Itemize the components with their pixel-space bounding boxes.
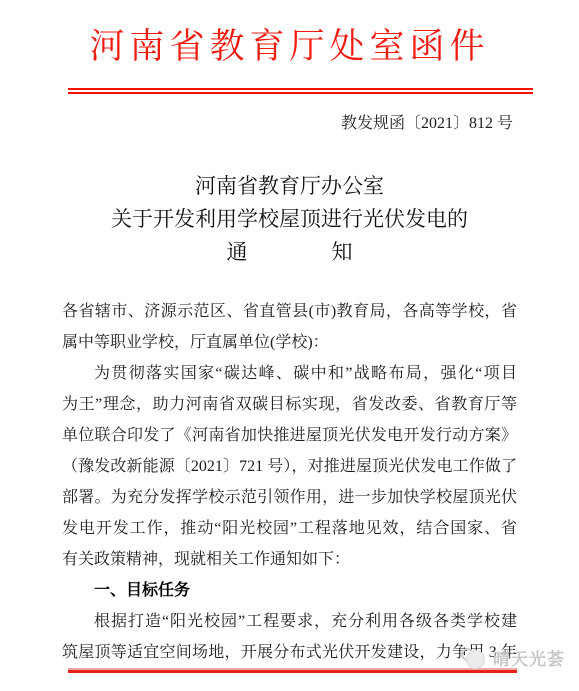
body-line: 有关政策精神，现就相关工作通知如下： (62, 544, 517, 575)
document-title-org: 河南省教育厅办公室 (0, 170, 579, 203)
body-line: 一、目标任务 (62, 575, 517, 606)
watermark-label: 晴天光荟 (493, 645, 565, 670)
letterhead-title: 河南省教育厅处室函件 (0, 26, 579, 68)
document-title-subject: 关于开发利用学校屋顶进行光伏发电的 (0, 203, 579, 236)
document-number: 教发规函〔2021〕812 号 (341, 114, 513, 134)
document-title-notice: 通 知 (0, 236, 579, 269)
watermark: 晴天光荟 (461, 645, 565, 670)
body-line: 为贯彻落实国家“碳达峰、碳中和”战略布局，强化“项目 (62, 358, 517, 389)
body-line: 筑屋顶等适宜空间场地，开展分布式光伏开发建设，力争用 3 年 (62, 637, 517, 668)
document-page: 河南省教育厅处室函件 教发规函〔2021〕812 号 河南省教育厅办公室 关于开… (0, 0, 579, 691)
body-line: 为王”理念，助力河南省双碳目标实现，省发改委、省教育厅等 (62, 389, 517, 420)
body-line: 单位联合印发了《河南省加快推进屋顶光伏发电开发行动方案》 (62, 420, 517, 451)
body-line: 发电开发工作，推动“阳光校园”工程落地见效，结合国家、省 (62, 513, 517, 544)
body-line: （豫发改新能源〔2021〕721 号），对推进屋顶光伏发电工作做了 (62, 451, 517, 482)
body-line: 部署。为充分发挥学校示范引领作用，进一步加快学校屋顶光伏 (62, 482, 517, 513)
document-body: 各省辖市、济源示范区、省直管县(市)教育局，各高等学校，省属中等职业学校，厅直属… (62, 296, 517, 668)
body-line: 根据打造“阳光校园”工程要求，充分利用各级各类学校建 (62, 606, 517, 637)
footer-divider (68, 668, 517, 673)
body-line: 各省辖市、济源示范区、省直管县(市)教育局，各高等学校，省 (62, 296, 517, 327)
body-line: 属中等职业学校，厅直属单位(学校)： (62, 327, 517, 358)
document-title: 河南省教育厅办公室 关于开发利用学校屋顶进行光伏发电的 通 知 (0, 170, 579, 269)
letterhead-divider (68, 88, 533, 94)
watermark-logo-icon (461, 646, 487, 670)
